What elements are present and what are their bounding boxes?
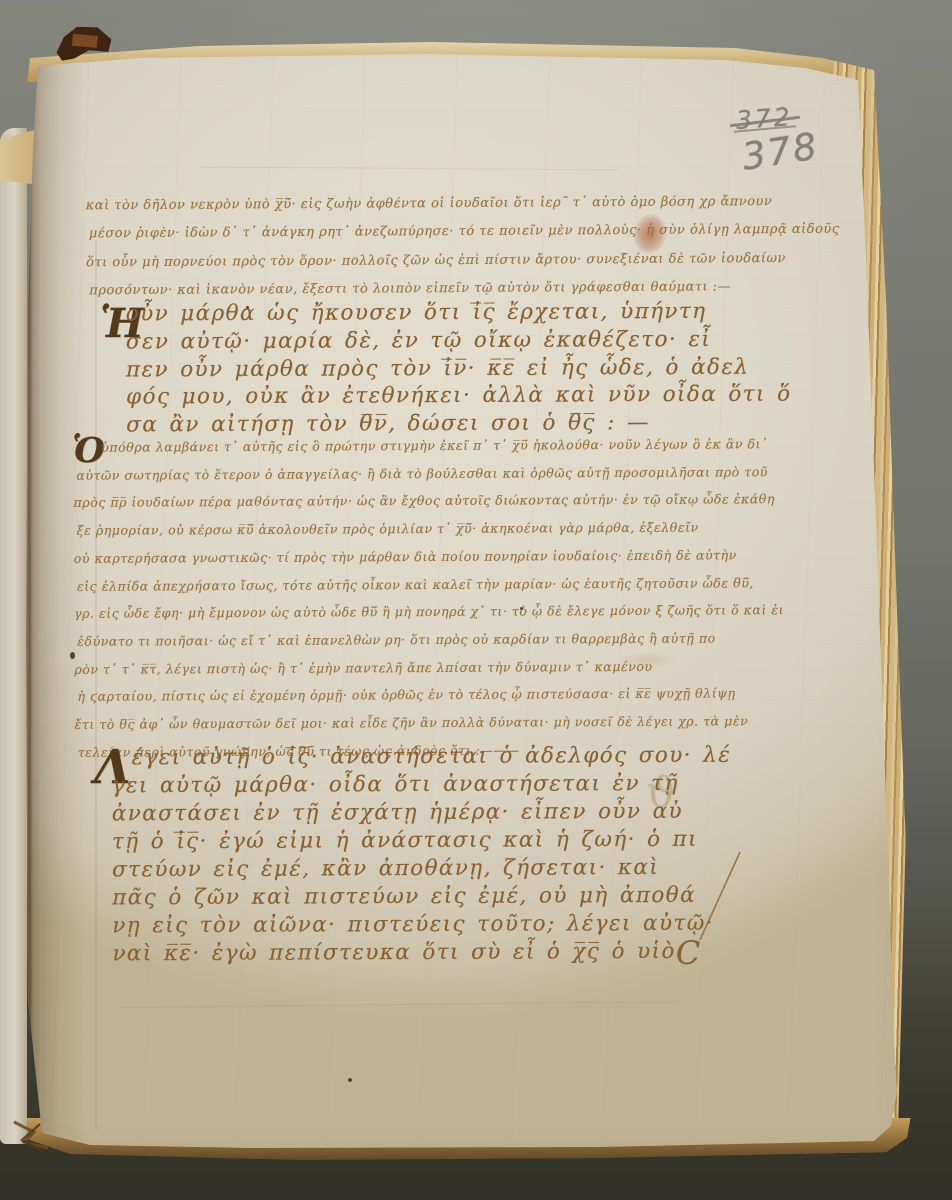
text-line: πᾶς ὁ ζῶν καὶ πιστεύων εἰς ἐμέ, οὐ μὴ ἀπ… (112, 882, 732, 913)
rust-stain (630, 211, 670, 257)
final-flourish-sigma: Ϲ (676, 934, 701, 972)
folio-number-old: 372 (735, 102, 794, 135)
text-line: ἐδύνατο τι ποιῆσαι· ὡς εἴ τ᾽ καὶ ἐπανελθ… (77, 624, 784, 655)
text-line: έγει αὐτῇ ὁ ἰ̅ς̅· ἀναστήσεται ὁ ἀδελφός … (132, 742, 732, 773)
parchment-scratch (200, 167, 620, 171)
gutter-crease (28, 170, 31, 1136)
manuscript-photo: 372 378 ϑ καὶ τὸν δῆλον νεκρὸν ὑπὸ χ̅ῦ̅·… (0, 0, 952, 1200)
text-line: καὶ τὸν δῆλον νεκρὸν ὑπὸ χ̅ῦ̅· εἰς ζωὴν … (86, 188, 840, 221)
text-line: πρὸς π̅ρ̅ ἰουδαίων πέρα μαθόντας αὐτήν· … (73, 486, 783, 517)
text-line: οὐ καρτερήσασα γνωστικῶς· τί πρὸς τὴν μά… (74, 541, 784, 572)
gospel-lemma-block-2: έγει αὐτῇ ὁ ἰ̅ς̅· ἀναστήσεται ὁ ἀδελφός … (112, 742, 733, 970)
top-commentary-block: καὶ τὸν δῆλον νεκρὸν ὑπὸ χ̅ῦ̅· εἰς ζωὴν … (86, 188, 840, 306)
text-line: φός μου, οὐκ ἂν ἐτεθνήκει· ἀλλὰ καὶ νῦν … (126, 381, 791, 412)
text-line: γρ. εἰς ὧδε ἔφη· μὴ ἔμμονον ὡς αὐτὸ ὧδε … (74, 596, 784, 627)
gutter-shadow (26, 64, 90, 1140)
text-line: γει αὐτῷ μάρθα· οἶδα ὅτι ἀναστήσεται ἐν … (112, 770, 732, 801)
text-line: τελείαν περὶ αὐτοῦ γνώμην, ὡς θ̅ῦ̅ τι τέ… (78, 735, 785, 766)
gospel-lemma-block-1: οὖν μάρθα ὡς ἤκουσεν ὅτι ἰ̅ς̅ ἔρχεται, ὑ… (126, 298, 792, 440)
text-line: ναὶ κ̅ε̅· ἐγὼ πεπίστευκα ὅτι σὺ εἶ ὁ χ̅ς… (112, 938, 732, 970)
text-line: στεύων εἰς ἐμέ, κἂν ἀποθάνῃ, ζήσεται· κα… (112, 854, 732, 885)
text-line: οὖν μάρθα ὡς ἤκουσεν ὅτι ἰ̅ς̅ ἔρχεται, ὑ… (126, 298, 791, 329)
vertical-crease (95, 240, 97, 1130)
text-line: ἡ ϛαρταίου, πίστις ὡς εἰ ἐχομένη ὁρμῇ· ο… (77, 679, 784, 710)
text-line: σα ἂν αἰτήσῃ τὸν θ̅ν̅, δώσει σοι ὁ θ̅ς̅ … (126, 409, 791, 440)
strike-line (734, 125, 796, 132)
text-line: ἔτι τὸ θ̅ς̅ ἀφ᾽ ὧν θαυμαστῶν δεῖ μοι· κα… (75, 707, 785, 738)
parchment-page: 372 378 ϑ καὶ τὸν δῆλον νεκρὸν ὑπὸ χ̅ῦ̅·… (0, 0, 952, 1200)
text-line: μέσον ῥιφὲν· ἰδὼν δ᾽ τ᾽ ἀνάγκη ρητ᾽ ἀνεζ… (89, 216, 840, 249)
text-line: πεν οὖν μάρθα πρὸς τὸν ἰ̅ν̅· κ̅ε̅ εἰ ἦς … (126, 353, 791, 384)
illuminated-initial-omicron: Ὁ (72, 430, 105, 471)
commentary-block: ὑπόθρα λαμβάνει τ᾽ αὐτῆς εἰς ὃ πρώτην στ… (73, 430, 785, 766)
soft-stain (618, 652, 678, 668)
illuminated-initial-eta: Ἡ (100, 300, 144, 347)
text-line: αὐτῶν σωτηρίας τὸ ἕτερον ὁ ἀπαγγείλας· ἢ… (76, 458, 783, 489)
ink-speck (520, 607, 523, 610)
text-line: ἀναστάσει ἐν τῇ ἐσχάτῃ ἡμέρᾳ· εἶπεν οὖν … (112, 798, 732, 829)
text-line: σεν αὐτῷ· μαρία δὲ, ἐν τῷ οἴκῳ ἐκαθέζετο… (126, 325, 791, 356)
text-line: νῃ εἰς τὸν αἰῶνα· πιστεύεις τοῦτο; λέγει… (112, 910, 732, 941)
text-line: ρὸν τ᾽ τ᾽ κ̅τ̅, λέγει πιστὴ ὡς· ἢ τ᾽ ἐμὴ… (74, 652, 784, 683)
illuminated-initial-lambda: Λ (94, 740, 130, 795)
text-line: εἰς ἐλπίδα ἀπεχρήσατο ἴσως, τότε αὐτῆς ο… (77, 569, 784, 600)
gutter-speck (70, 652, 75, 659)
text-line-part: ναὶ κ̅ε̅· ἐγὼ πεπίστευκα ὅτι σὺ εἶ ὁ χ̅ς… (112, 939, 675, 966)
strike-line (730, 116, 800, 128)
pen-flourish-stroke (0, 0, 952, 1200)
ink-speck (246, 306, 249, 309)
text-line: ὅτι οὖν μὴ πορνεύοι πρὸς τὸν ὅρον· πολλο… (86, 244, 840, 277)
text-line: ξε ῥημορίαν, οὐ κέρσω κ̅ῦ̅ ἀκολουθεῖν πρ… (77, 513, 784, 544)
facing-page-sliver (0, 128, 27, 1144)
parchment-scratch (120, 1001, 680, 1008)
text-line: προσόντων· καὶ ἱκανὸν νέαν, ἔξεστι τὸ λο… (89, 273, 840, 306)
text-line: τῇ ὁ ἰ̅ς̅· ἐγώ εἰμι ἡ ἀνάστασις καὶ ἡ ζω… (112, 826, 732, 857)
ink-bleed-stain: ϑ (644, 767, 677, 818)
text-line: ὑπόθρα λαμβάνει τ᾽ αὐτῆς εἰς ὃ πρώτην στ… (101, 430, 783, 461)
folio-number-new: 378 (739, 124, 821, 178)
ink-speck (348, 1078, 352, 1082)
